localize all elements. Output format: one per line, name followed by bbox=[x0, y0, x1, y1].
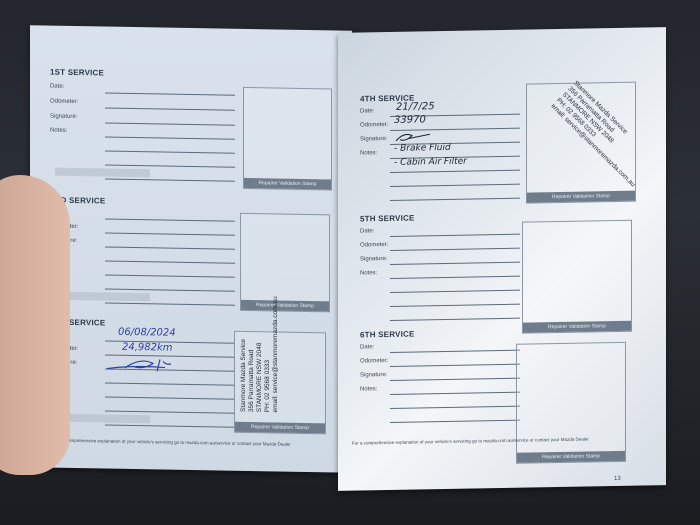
signature-label: Signature: bbox=[360, 372, 387, 378]
service-section-1: 1ST SERVICE Date: Odometer: Signature: N… bbox=[50, 68, 340, 198]
stamp-label: Repairer Validation Stamp bbox=[244, 178, 331, 190]
service-book-left-page: 1ST SERVICE Date: Odometer: Signature: N… bbox=[30, 25, 352, 473]
signature-label: Signature: bbox=[360, 256, 387, 262]
handwritten-odometer: 33970 bbox=[394, 114, 426, 126]
notes-label: Notes: bbox=[360, 150, 377, 156]
service-title: 1ST SERVICE bbox=[50, 68, 340, 82]
date-label: Date: bbox=[360, 344, 374, 350]
odometer-label: Odometer: bbox=[360, 122, 388, 128]
odometer-label: Odometer: bbox=[50, 99, 78, 105]
handwritten-date: 21/7/25 bbox=[396, 101, 435, 113]
date-label: Date: bbox=[50, 84, 64, 90]
handwritten-note-1: - Brake Fluid bbox=[394, 143, 451, 154]
page-number: 13 bbox=[614, 476, 621, 482]
notes-label: Notes: bbox=[50, 128, 67, 134]
dealer-stamp-text: Stanmore Mazda Service 356 Parramatta Ro… bbox=[240, 296, 280, 413]
notes-label: Notes: bbox=[360, 386, 377, 392]
service-section-3: 3RD SERVICE Date: 06/08/2024 Odometer: 2… bbox=[50, 318, 340, 448]
notes-label: Notes: bbox=[360, 270, 377, 276]
stamp-label: Repairer Validation Stamp bbox=[235, 422, 325, 434]
stamp-label: Repairer Validation Stamp bbox=[527, 191, 635, 203]
handwritten-date: 06/08/2024 bbox=[118, 327, 176, 339]
repairer-stamp-box: Repairer Validation Stamp bbox=[522, 220, 632, 334]
signature-label: Signature: bbox=[50, 114, 77, 120]
repairer-stamp-box: Repairer Validation Stamp bbox=[516, 342, 626, 464]
repairer-stamp-box: Stanmore Mazda Service 356 Parramatta Ro… bbox=[234, 331, 326, 435]
service-section-4: 4TH SERVICE Date: 21/7/25 Odometer: 3397… bbox=[360, 89, 650, 219]
stamp-label: Repairer Validation Stamp bbox=[517, 451, 625, 463]
odometer-label: Odometer: bbox=[360, 242, 388, 248]
repairer-stamp-box: Stanmore Mazda Service 356 Parramatta Ro… bbox=[526, 82, 636, 204]
service-title: 2ND SERVICE bbox=[50, 196, 340, 210]
service-book-right-page: 4TH SERVICE Date: 21/7/25 Odometer: 3397… bbox=[338, 27, 666, 491]
odometer-label: Odometer: bbox=[360, 358, 388, 364]
hand-holding-book bbox=[0, 175, 70, 475]
handwritten-note-2: - Cabin Air Filter bbox=[394, 157, 467, 168]
repairer-stamp-box: Repairer Validation Stamp bbox=[243, 87, 332, 191]
signature-scribble-icon bbox=[105, 354, 195, 374]
service-section-5: 5TH SERVICE Date: Odometer: Signature: N… bbox=[360, 209, 650, 339]
service-section-2: 2ND SERVICE Date: Odometer: Signature: N… bbox=[50, 196, 340, 326]
date-label: Date: bbox=[360, 228, 374, 234]
date-label: Date: bbox=[360, 108, 374, 114]
signature-scribble-icon bbox=[394, 129, 434, 144]
signature-label: Signature: bbox=[360, 136, 387, 142]
handwritten-odometer: 24,982km bbox=[122, 342, 173, 354]
